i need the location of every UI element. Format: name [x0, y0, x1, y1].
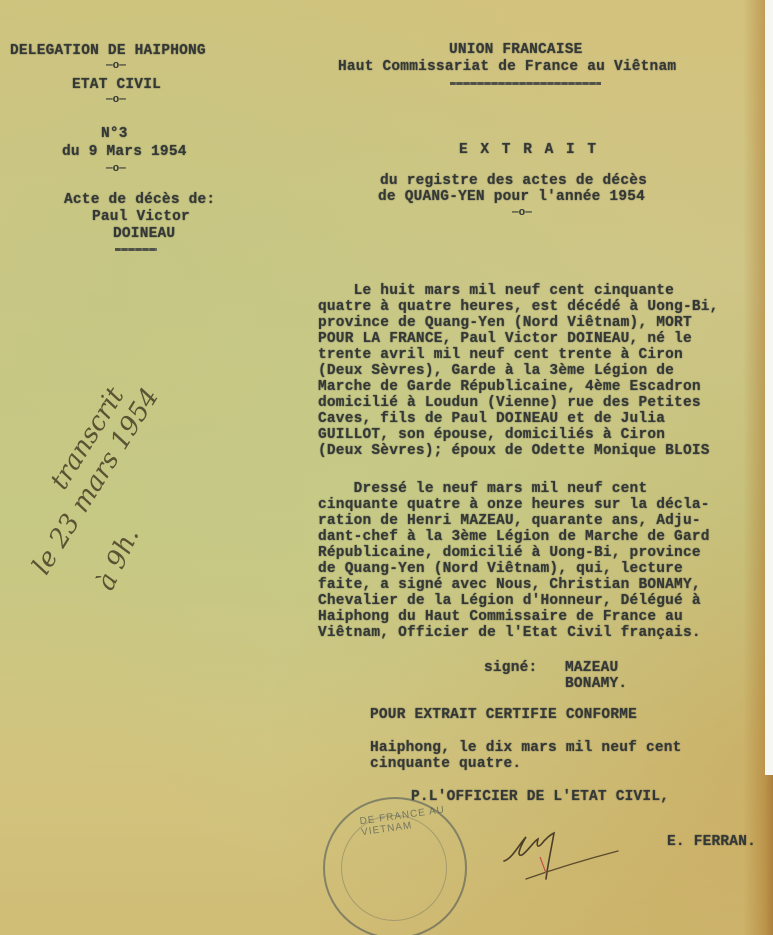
certification-line: POUR EXTRAIT CERTIFIE CONFORME: [370, 707, 637, 723]
underline-rule: [115, 248, 157, 251]
act-number: N°3: [101, 126, 128, 142]
etat-civil-label: ETAT CIVIL: [72, 77, 161, 93]
text-line: dant-chef à la 3ème Légion de Marche de …: [318, 529, 710, 545]
text-line: Haiphong du Haut Commissaire de France a…: [318, 609, 710, 625]
text-line: faite, a signé avec Nous, Christian BONA…: [318, 577, 710, 593]
text-line: Caves, fils de Paul DOINEAU et de Julia: [318, 411, 719, 427]
ornament: —o—: [106, 94, 126, 106]
handwritten-note-line-3: à 9h.: [91, 523, 146, 595]
text-line: POUR LA FRANCE, Paul Victor DOINEAU, né …: [318, 331, 719, 347]
text-line: (Deux Sèvres); époux de Odette Monique B…: [318, 443, 719, 459]
text-line: domicilié à Loudun (Vienne) rue des Peti…: [318, 395, 719, 411]
death-record-paragraph: Le huit mars mil neuf cent cinquantequat…: [318, 283, 719, 459]
handwritten-signature: [500, 823, 630, 893]
signed-label: signé:: [484, 660, 537, 676]
text-line: Marche de Garde Républicaine, 4ème Escad…: [318, 379, 719, 395]
ornament: —o—: [512, 207, 532, 219]
text-line: Chevalier de la Légion d'Honneur, Délégu…: [318, 593, 710, 609]
act-type-label: Acte de décès de:: [64, 192, 215, 208]
text-line: Viêtnam, Officier de l'Etat Civil frança…: [318, 625, 710, 641]
text-line: Dressé le neuf mars mil neuf cent: [318, 481, 710, 497]
union-francaise-title: UNION FRANCAISE: [449, 42, 583, 58]
text-line: province de Quang-Yen (Nord Viêtnam), MO…: [318, 315, 719, 331]
act-date: du 9 Mars 1954: [62, 144, 187, 160]
text-line: ration de Henri MAZEAU, quarante ans, Ad…: [318, 513, 710, 529]
text-line: quatre à quatre heures, est décédé à Uon…: [318, 299, 719, 315]
signatory-2: BONAMY.: [565, 676, 627, 692]
signatory-1: MAZEAU: [565, 660, 618, 676]
text-line: Républicaine, domicilié à Uong-Bi, provi…: [318, 545, 710, 561]
deceased-surname: DOINEAU: [113, 226, 175, 242]
text-line: Le huit mars mil neuf cent cinquante: [318, 283, 719, 299]
place-date-line-2: cinquante quatre.: [370, 756, 521, 772]
ornament: —o—: [106, 163, 126, 175]
official-stamp: DE FRANCE AU VIETNAM: [323, 797, 467, 935]
place-date-line-1: Haiphong, le dix mars mil neuf cent: [370, 740, 682, 756]
torn-paper-edge: [765, 0, 773, 775]
officer-name: E. FERRAN.: [667, 834, 756, 850]
text-line: (Deux Sèvres), Garde à la 3ème Légion de: [318, 363, 719, 379]
document-title: E X T R A I T: [459, 142, 598, 158]
text-line: de Quang-Yen (Nord Viêtnam), qui, lectur…: [318, 561, 710, 577]
declaration-paragraph: Dressé le neuf mars mil neuf centcinquan…: [318, 481, 710, 641]
register-subtitle-1: du registre des actes de décès: [380, 173, 647, 189]
text-line: cinquante quatre à onze heures sur la dé…: [318, 497, 710, 513]
ornament: —o—: [106, 60, 126, 72]
header-underline-rule: [450, 82, 601, 85]
register-subtitle-2: de QUANG-YEN pour l'année 1954: [378, 189, 645, 205]
haut-commissariat-title: Haut Commissariat de France au Viêtnam: [338, 59, 676, 75]
text-line: GUILLOT, son épouse, domiciliés à Ciron: [318, 427, 719, 443]
delegation-title: DELEGATION DE HAIPHONG: [10, 43, 206, 59]
text-line: trente avril mil neuf cent trente à Ciro…: [318, 347, 719, 363]
deceased-first-names: Paul Victor: [92, 209, 190, 225]
